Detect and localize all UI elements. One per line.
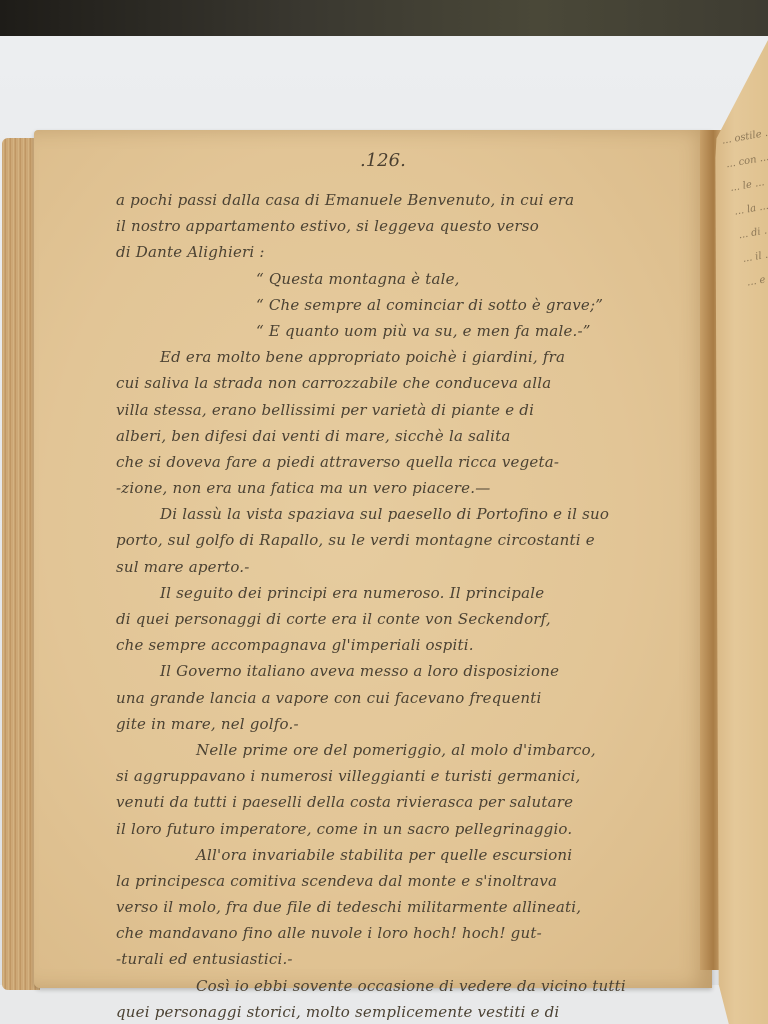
text-line: -zione, non era una fatica ma un vero pi… <box>116 475 696 501</box>
paragraph-start: All'ora invariabile stabilita per quelle… <box>116 842 696 868</box>
paragraph-start: Il seguito dei principi era numeroso. Il… <box>116 580 696 606</box>
text-line: sul mare aperto.- <box>116 554 696 580</box>
text-line: di Dante Alighieri : <box>116 239 696 265</box>
text-line: che mandavano fino alle nuvole i loro ho… <box>116 920 696 946</box>
text-line: il loro futuro imperatore, come in un sa… <box>116 816 696 842</box>
text-line: la principesca comitiva scendeva dal mon… <box>116 868 696 894</box>
facing-page-text: ... ostile ... ... con ... ... le ... ..… <box>720 116 768 295</box>
text-line: cui saliva la strada non carrozzabile ch… <box>116 370 696 396</box>
text-line: porto, sul golfo di Rapallo, su le verdi… <box>116 527 696 553</box>
text-line: a pochi passi dalla casa di Emanuele Ben… <box>116 187 696 213</box>
page-number: .126. <box>360 150 406 171</box>
paragraph-start: Così io ebbi sovente occasione di vedere… <box>116 973 696 999</box>
verse-line: “ Questa montagna è tale, <box>116 266 696 292</box>
paragraph-start: Ed era molto bene appropriato poichè i g… <box>116 344 696 370</box>
text-line: che si doveva fare a piedi attraverso qu… <box>116 449 696 475</box>
text-line: verso il molo, fra due file di tedeschi … <box>116 894 696 920</box>
paragraph-start: Il Governo italiano aveva messo a loro d… <box>116 658 696 684</box>
text-line: alberi, ben difesi dai venti di mare, si… <box>116 423 696 449</box>
verse-line: “ Che sempre al cominciar di sotto è gra… <box>116 292 696 318</box>
text-line: -turali ed entusiastici.- <box>116 946 696 972</box>
text-line: si aggruppavano i numerosi villeggianti … <box>116 763 696 789</box>
facing-page: ... ostile ... ... con ... ... le ... ..… <box>712 40 768 1024</box>
text-line: di quei personaggi di corte era il conte… <box>116 606 696 632</box>
text-line: quei personaggi storici, molto semplicem… <box>116 999 696 1024</box>
paragraph-start: Di lassù la vista spaziava sul paesello … <box>116 501 696 527</box>
text-line: gite in mare, nel golfo.- <box>116 711 696 737</box>
text-line: venuti da tutti i paeselli della costa r… <box>116 789 696 815</box>
text-line: il nostro appartamento estivo, si leggev… <box>116 213 696 239</box>
verse-line: “ E quanto uom più va su, e men fa male.… <box>116 318 696 344</box>
paragraph-start: Nelle prime ore del pomeriggio, al molo … <box>116 737 696 763</box>
text-line: che sempre accompagnava gl'imperiali osp… <box>116 632 696 658</box>
text-line: villa stessa, erano bellissimi per varie… <box>116 397 696 423</box>
manuscript-text: a pochi passi dalla casa di Emanuele Ben… <box>116 187 696 1024</box>
text-line: una grande lancia a vapore con cui facev… <box>116 685 696 711</box>
